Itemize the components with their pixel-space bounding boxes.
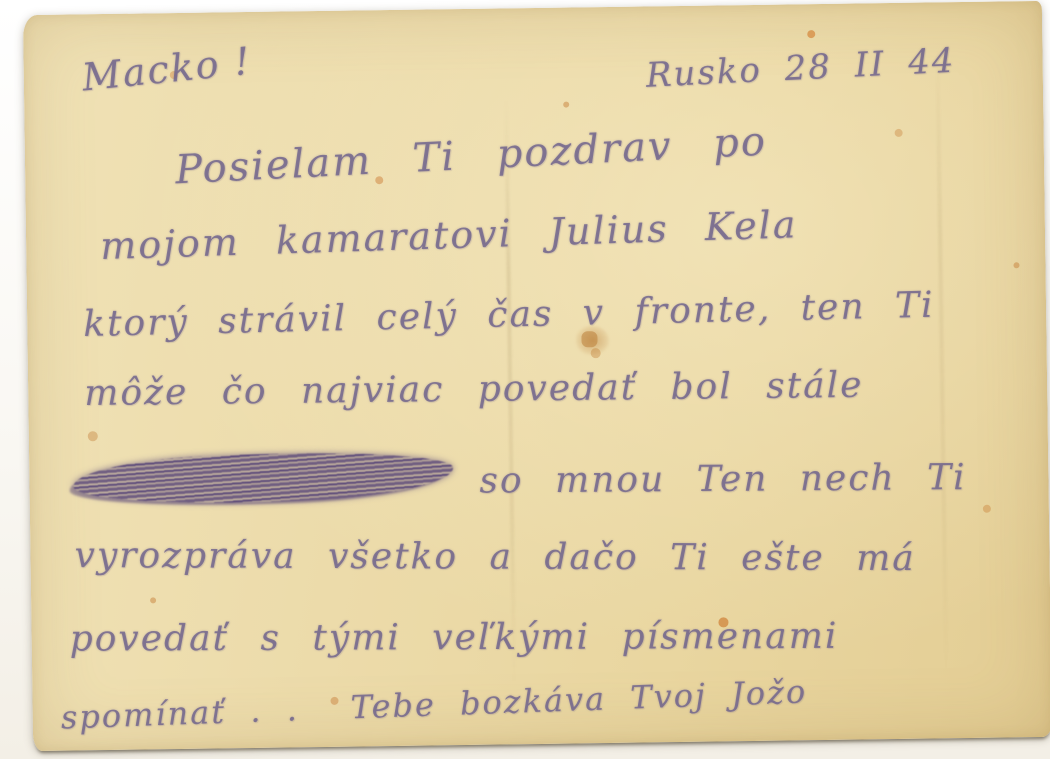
dateline: Rusko 28 II 44 — [645, 41, 956, 96]
handwritten-line: vyrozpráva všetko a dačo Ti ešte má — [74, 535, 915, 579]
scribbled-out-text — [73, 448, 454, 508]
handwritten-line: so mnou Ten nech Ti — [73, 449, 967, 504]
handwritten-line: môže čo najviac povedať bol stále — [84, 365, 864, 414]
scan-background: Macko ! Rusko 28 II 44 Posielam Ti pozdr… — [0, 0, 1050, 759]
paper-stains — [23, 15, 27, 19]
fold-crease — [935, 42, 948, 678]
closing-line: spomínať . .Tebe bozkáva Tvoj Jožo — [60, 672, 808, 736]
postcard: Macko ! Rusko 28 II 44 Posielam Ti pozdr… — [23, 1, 1050, 751]
handwritten-line: mojom kamaratovi Julius Kela — [100, 202, 799, 268]
signature: Tebe bozkáva Tvoj Jožo — [350, 672, 808, 726]
closing-word: spomínať . . — [60, 690, 299, 736]
handwritten-line-text: so mnou Ten nech Ti — [479, 457, 966, 501]
handwritten-line: Posielam Ti pozdrav po — [174, 118, 768, 193]
handwritten-line: povedať s tými veľkými písmenami — [70, 616, 839, 660]
greeting: Macko ! — [80, 39, 254, 100]
